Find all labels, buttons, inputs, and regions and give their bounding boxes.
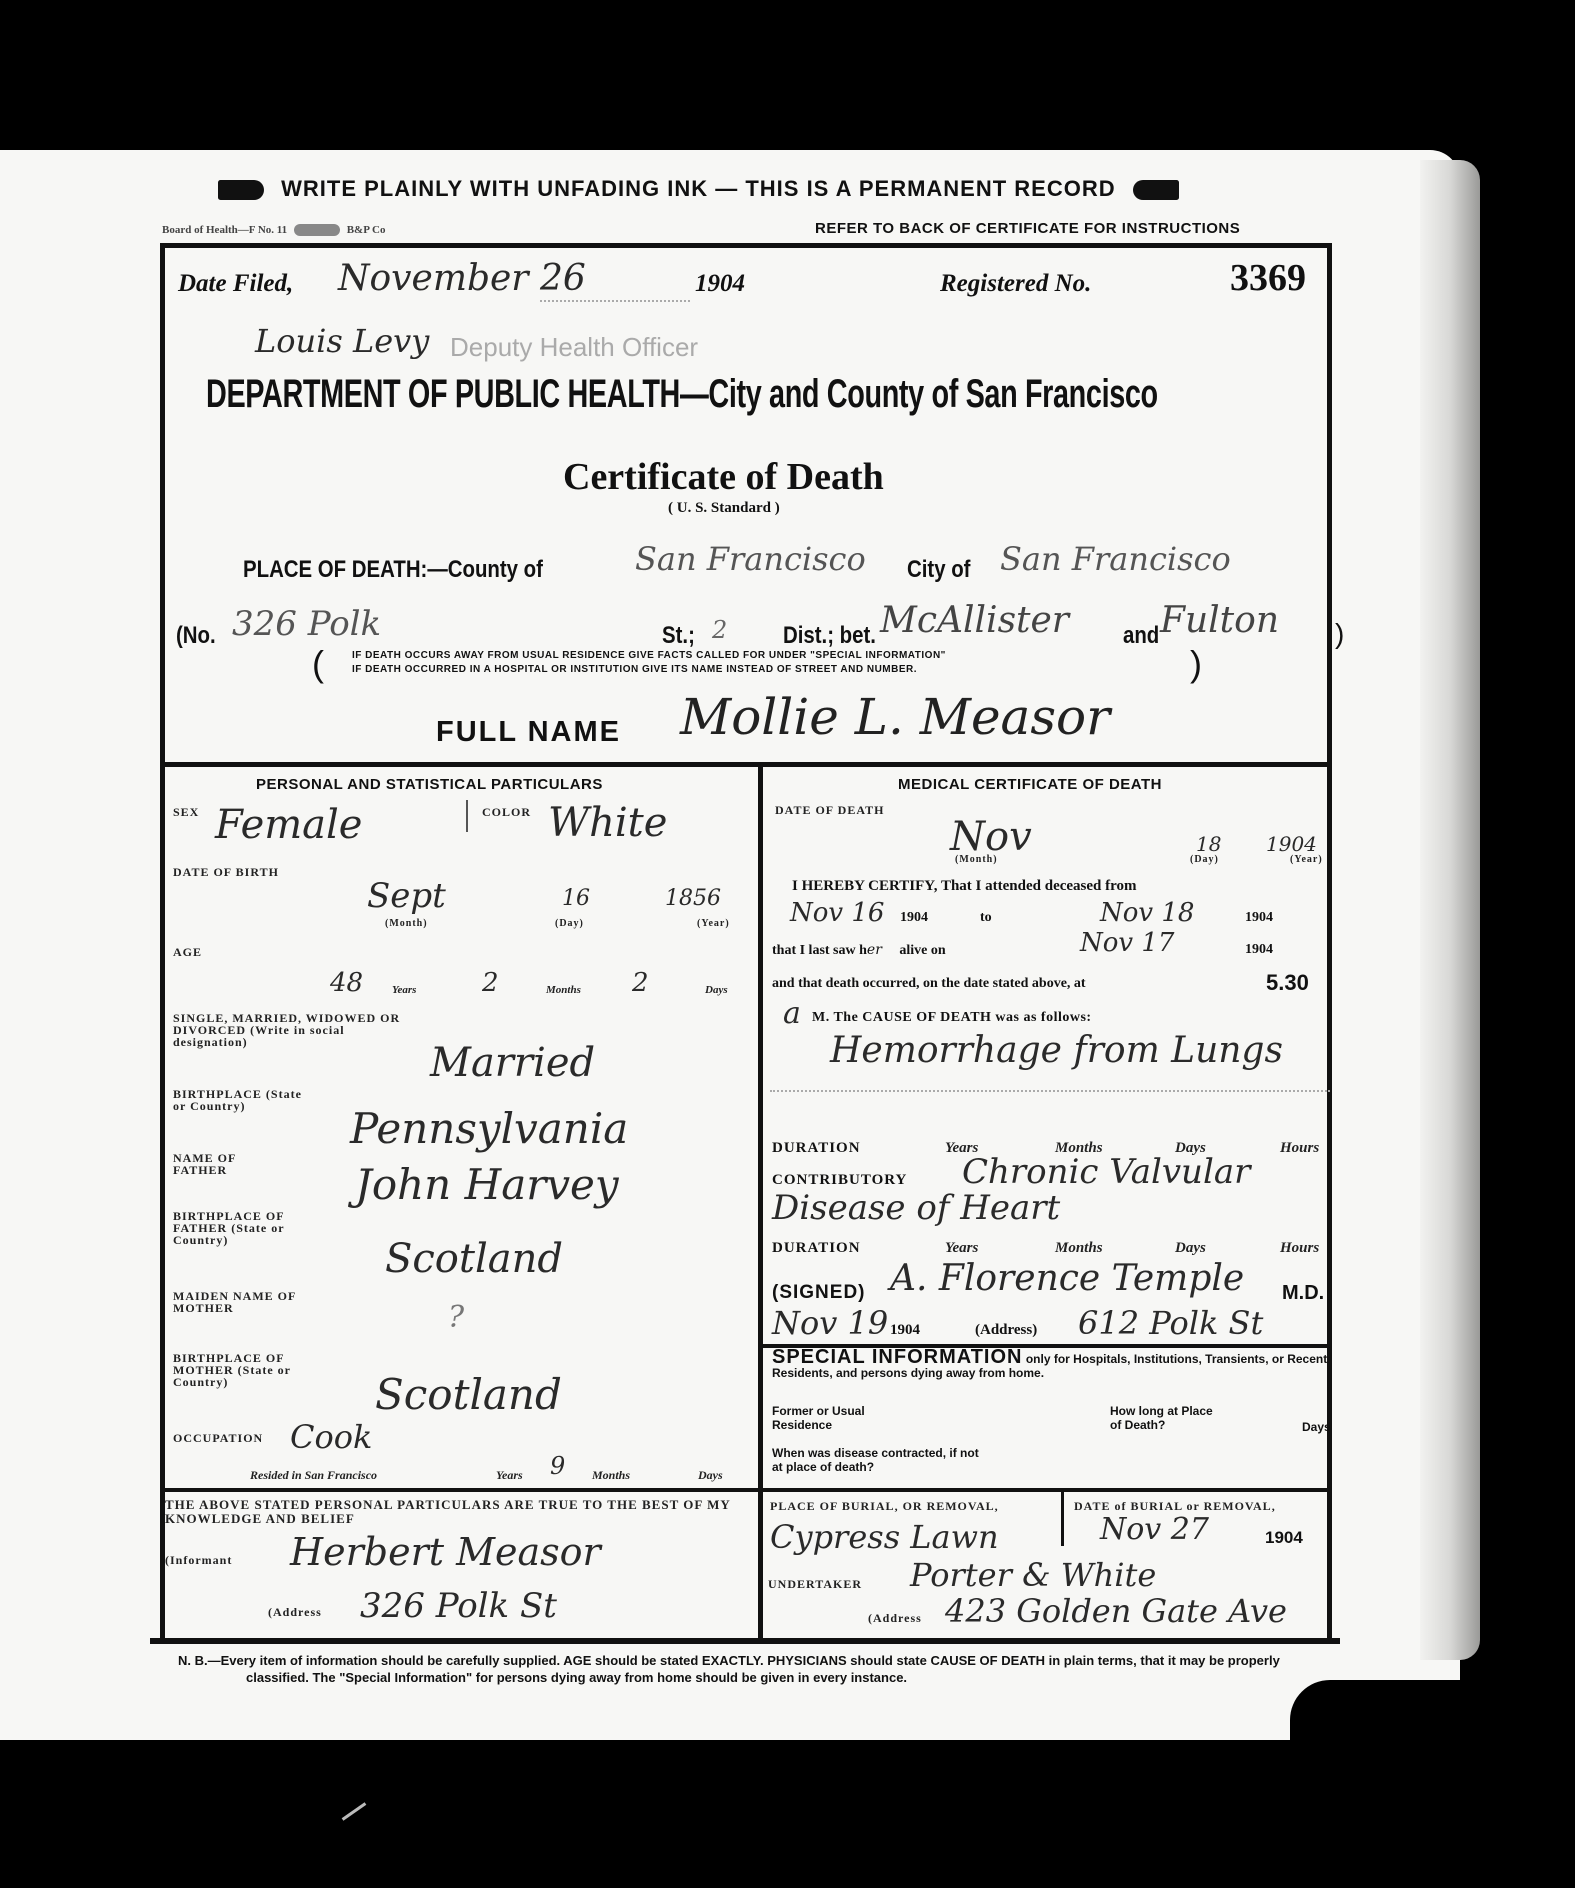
cause-label: M. The CAUSE OF DEATH was as follows: (812, 1010, 1092, 1026)
column-divider (758, 767, 763, 1638)
burial-place-label: PLACE OF BURIAL, OR REMOVAL, (770, 1500, 999, 1512)
physician-signature: A. Florence Temple (890, 1258, 1244, 1299)
frame-top (160, 243, 1332, 248)
column-tick (466, 800, 468, 832)
time-ampm: a (783, 996, 801, 1031)
full-name-value: Mollie L. Measor (680, 688, 1110, 746)
death-day: 18 (1196, 832, 1221, 856)
age-months: 2 (482, 968, 499, 998)
attended-from: Nov 16 (790, 898, 884, 928)
certificate-subtitle: ( U. S. Standard ) (668, 500, 780, 517)
close-paren: ) (1335, 618, 1344, 650)
thumb-shadow (1290, 1680, 1520, 1820)
mother-value: ? (448, 1300, 464, 1335)
resided-label: Resided in San Francisco (250, 1468, 377, 1483)
duration-years-2: Years (945, 1240, 978, 1257)
registered-number: 3369 (1230, 256, 1306, 300)
last-saw-line: that I last saw her alive on (772, 942, 946, 959)
age-days: 2 (632, 968, 649, 998)
duration-label-2: DURATION (772, 1240, 861, 1257)
how-long-label: How long at Place of Death? (1110, 1404, 1220, 1432)
city-value: San Francisco (1000, 540, 1231, 578)
city-label: City of (907, 556, 970, 584)
section-divider (160, 762, 1332, 767)
sex-value: Female (215, 802, 362, 848)
duration-hours-2: Hours (1280, 1240, 1319, 1257)
burial-place: Cypress Lawn (770, 1518, 999, 1556)
note-close-paren: ) (1190, 646, 1202, 682)
father-birthplace-label: BIRTHPLACE OF FATHER (State or Country) (173, 1210, 308, 1246)
burial-year: 1904 (1265, 1528, 1303, 1548)
physician-address-label: (Address) (975, 1322, 1037, 1339)
date-filed-value: November 26 (338, 258, 586, 299)
marital-value: Married (430, 1040, 595, 1086)
days-caption: Days (705, 984, 728, 996)
medical-heading: MEDICAL CERTIFICATE OF DEATH (898, 776, 1162, 793)
informant-address: 326 Polk St (360, 1586, 557, 1626)
special-heading: SPECIAL INFORMATION (772, 1346, 1022, 1368)
mother-birthplace-label: BIRTHPLACE OF MOTHER (State or Country) (173, 1352, 313, 1388)
resided-years-caption: Years (496, 1468, 523, 1483)
mother-birthplace-value: Scotland (375, 1370, 562, 1419)
burial-column-divider (1061, 1492, 1064, 1546)
to-label: to (980, 910, 992, 926)
color-label: COLOR (482, 806, 531, 818)
physician-address: 612 Polk St (1078, 1304, 1263, 1342)
pointing-hand-left-icon (1133, 180, 1179, 200)
resided-days-caption: Days (698, 1468, 723, 1483)
occupation-value: Cook (290, 1418, 372, 1456)
years-caption: Years (392, 984, 416, 996)
informant-name: Herbert Measor (290, 1530, 601, 1574)
father-value: John Harvey (355, 1160, 619, 1209)
undertaker-address-label: (Address (868, 1612, 922, 1624)
frame-left (160, 243, 165, 1643)
street-no-label: (No. (176, 622, 216, 650)
st-label: St.; (662, 622, 695, 650)
last-saw-pronoun: er (867, 942, 882, 958)
undertaker: Porter & White (910, 1556, 1156, 1594)
place-of-death-label: PLACE OF DEATH:—County of (243, 556, 543, 584)
residence-note-2: IF DEATH OCCURRED IN A HOSPITAL OR INSTI… (352, 664, 917, 675)
signed-date: Nov 19 (772, 1304, 888, 1342)
attended-to-year: 1904 (1245, 910, 1273, 926)
color-value: White (548, 800, 667, 846)
certify-text: I HEREBY CERTIFY, That I attended deceas… (792, 878, 1137, 895)
undertaker-address: 423 Golden Gate Ave (945, 1592, 1287, 1630)
pointing-hand-right-icon (218, 180, 264, 200)
burial-date: Nov 27 (1100, 1512, 1209, 1547)
registered-label: Registered No. (940, 270, 1091, 298)
fill-line (770, 1090, 1330, 1092)
duration-hours: Hours (1280, 1140, 1319, 1157)
informant-address-label: (Address (268, 1606, 322, 1618)
signed-year: 1904 (890, 1322, 920, 1339)
attended-from-year: 1904 (900, 910, 928, 926)
form-id: Board of Health—F No. 11 B&P Co (162, 224, 386, 236)
death-year: 1904 (1266, 832, 1317, 856)
and-label: and (1123, 622, 1159, 650)
between-street-2: Fulton (1160, 600, 1279, 641)
death-day-caption: (Day) (1190, 854, 1219, 866)
months-caption: Months (546, 984, 581, 996)
between-street-1: McAllister (880, 600, 1069, 641)
personal-heading: PERSONAL AND STATISTICAL PARTICULARS (256, 776, 603, 793)
officer-signature: Louis Levy (255, 322, 429, 360)
contracted-label: When was disease contracted, if not at p… (772, 1446, 982, 1474)
attended-to: Nov 18 (1100, 898, 1194, 928)
full-name-label: FULL NAME (436, 716, 621, 749)
death-year-caption: (Year) (1290, 854, 1323, 866)
special-days-label: Days (1302, 1420, 1331, 1434)
mother-label: MAIDEN NAME OF MOTHER (173, 1290, 313, 1314)
cause-value: Hemorrhage from Lungs (830, 1030, 1283, 1071)
film-scratch (342, 1802, 367, 1821)
month-caption: (Month) (385, 918, 428, 930)
age-label: AGE (173, 946, 202, 958)
date-filed-label: Date Filed, (178, 270, 293, 298)
burial-divider (763, 1488, 1327, 1492)
former-residence-label: Former or Usual Residence (772, 1404, 882, 1432)
death-month-caption: (Month) (955, 854, 998, 866)
date-of-death-label: DATE OF DEATH (775, 804, 884, 816)
special-heading-block: SPECIAL INFORMATION only for Hospitals, … (772, 1350, 1328, 1380)
dob-label: DATE OF BIRTH (173, 866, 279, 878)
sex-label: SEX (173, 806, 199, 818)
officer-title: Deputy Health Officer (450, 332, 698, 363)
birthplace-value: Pennsylvania (350, 1104, 628, 1153)
father-birthplace-value: Scotland (385, 1236, 563, 1282)
dob-year: 1856 (665, 886, 721, 911)
md-label: M.D. (1282, 1282, 1324, 1305)
county-value: San Francisco (635, 540, 866, 578)
occurred-text: and that death occurred, on the date sta… (772, 976, 1086, 992)
informant-divider (160, 1488, 758, 1492)
contributory-1: Chronic Valvular (962, 1152, 1250, 1192)
street-address: 326 Polk (232, 604, 381, 644)
book-page-edge (1420, 160, 1480, 1660)
year-caption: (Year) (697, 918, 730, 930)
informant-statement: THE ABOVE STATED PERSONAL PARTICULARS AR… (165, 1498, 745, 1526)
signed-label: (SIGNED) (772, 1282, 866, 1304)
dist-bet-label: Dist.; bet. (783, 622, 876, 650)
duration-days-2: Days (1175, 1240, 1206, 1257)
banner-text: WRITE PLAINLY WITH UNFADING INK — THIS I… (281, 176, 1116, 201)
day-caption: (Day) (555, 918, 584, 930)
union-seal-icon (294, 224, 340, 236)
occupation-label: OCCUPATION (173, 1432, 263, 1444)
resided-years: 9 (550, 1452, 565, 1480)
contributory-2: Disease of Heart (772, 1188, 1060, 1228)
residence-note-1: IF DEATH OCCURS AWAY FROM USUAL RESIDENC… (352, 650, 946, 661)
time-of-death: 5.30 (1266, 970, 1309, 996)
district-value: 2 (712, 616, 727, 644)
department-title: DEPARTMENT OF PUBLIC HEALTH—City and Cou… (206, 372, 1158, 417)
date-filed-year: 1904 (695, 270, 745, 298)
informant-label: (Informant (165, 1554, 232, 1566)
resided-months-caption: Months (592, 1468, 630, 1483)
contributory-label: CONTRIBUTORY (772, 1172, 907, 1189)
note-open-paren: ( (312, 646, 324, 682)
duration-label: DURATION (772, 1140, 861, 1157)
marital-label: SINGLE, MARRIED, WIDOWED OR DIVORCED (Wr… (173, 1012, 403, 1048)
burial-date-label: DATE of BURIAL or REMOVAL, (1074, 1500, 1276, 1512)
ink-banner: WRITE PLAINLY WITH UNFADING INK — THIS I… (218, 176, 1179, 202)
certificate-title: Certificate of Death (563, 455, 884, 499)
dob-day: 16 (562, 886, 590, 911)
birthplace-label: BIRTHPLACE (State or Country) (173, 1088, 303, 1112)
footer-note: N. B.—Every item of information should b… (178, 1652, 1316, 1686)
last-saw-date: Nov 17 (1080, 928, 1174, 958)
last-saw-year: 1904 (1245, 942, 1273, 958)
duration-months-2: Months (1055, 1240, 1103, 1257)
dob-month: Sept (367, 876, 446, 916)
frame-bottom (150, 1638, 1340, 1644)
age-years: 48 (330, 968, 363, 998)
fill-line (540, 300, 690, 302)
father-label: NAME OF FATHER (173, 1152, 253, 1176)
undertaker-label: UNDERTAKER (768, 1578, 862, 1590)
instructions-note: REFER TO BACK OF CERTIFICATE FOR INSTRUC… (815, 220, 1240, 237)
